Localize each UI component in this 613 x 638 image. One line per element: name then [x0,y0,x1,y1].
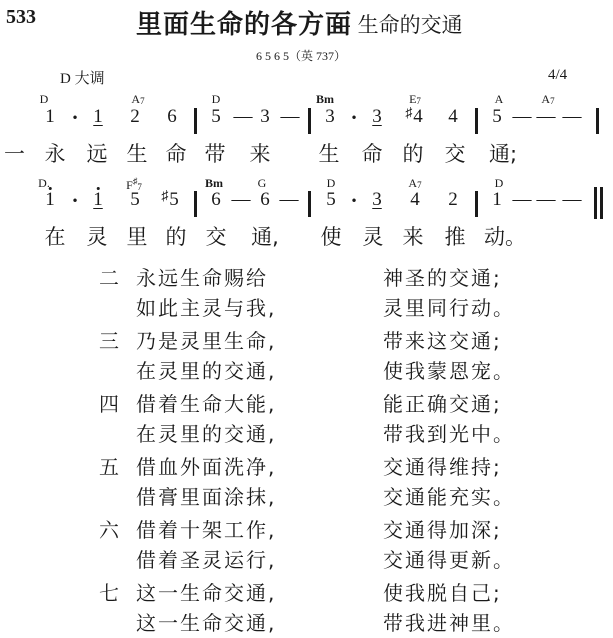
hymn-title: 里面生命的各方面 [136,4,352,41]
double-bar-line [600,187,603,219]
verse-line-first-half: 借着十架工作, [136,514,276,543]
bar-line [596,108,599,134]
verse-line-second-half: 灵里同行动。 [383,292,515,321]
verse-number: 六 [99,514,119,543]
lyric-char: 来 [250,138,271,168]
sustain-dash: — [513,189,532,211]
lyric-char: 推 [445,221,466,251]
dotted-rhythm: • [350,111,357,125]
bar-line [194,108,197,134]
note: 5 [211,106,221,128]
bar-line [475,108,478,134]
sustain-dash: — [281,106,300,128]
bar-line [194,191,197,217]
hymn-number: 533 [6,6,36,29]
verse-line-first-half: 这一生命交通, [136,577,276,606]
verse-number: 三 [99,325,119,354]
note: 3 [260,106,270,128]
note: 6 [211,189,221,211]
verse-line-second-half: 使我蒙恩宠。 [383,355,515,384]
time-signature: 4/4 [548,67,567,84]
note: 3 [372,189,382,211]
verse-line-first-half: 借着圣灵运行, [136,544,276,573]
note: 1 [93,106,103,128]
verse-line-second-half: 带来这交通; [383,325,502,354]
verse-line-first-half: 乃是灵里生命, [136,325,276,354]
meter-info: 6 5 6 5（英 737） [256,47,346,64]
note: 4 [448,106,458,128]
double-bar-line [594,187,597,219]
lyric-char: 带 [205,138,226,168]
sustain-dash: — [234,106,253,128]
note: 1 [45,189,55,211]
lyric-char: 里 [127,221,148,251]
lyric-char: 交 [206,221,227,251]
dotted-rhythm: • [71,194,78,208]
sustain-dash: — [280,189,299,211]
lyric-char: 命 [362,138,383,168]
lyric-char: 通, [251,221,279,251]
lyric-char: 远 [87,138,108,168]
note: 3 [325,106,335,128]
note: 5 [492,106,502,128]
hymn-subtitle: — 生命的交通 [330,9,463,39]
chord-symbol: A7 [131,92,144,107]
chord-symbol: A [495,92,504,107]
note: 6 [167,106,177,128]
lyric-char: 交 [445,138,466,168]
sharp-icon: ♯ [161,189,168,204]
note: 4 [410,189,420,211]
bar-line [308,108,311,134]
chord-symbol: D [40,92,49,107]
note: 5 [326,189,336,211]
verse-line-first-half: 借血外面洗净, [136,451,276,480]
verse-line-second-half: 能正确交通; [383,388,502,417]
note: 3 [372,106,382,128]
note: 1 [492,189,502,211]
verse-number: 二 [99,262,119,291]
lyric-char: 动。 [484,221,526,251]
lyric-char: 的 [403,138,424,168]
sustain-dash: — [232,189,251,211]
sharp-icon: ♯ [405,106,412,121]
sustain-dash: — [563,106,582,128]
note: ♯4 [405,106,423,128]
sustain-dash: — [513,106,532,128]
verse-line-second-half: 使我脱自己; [383,577,502,606]
verse-line-second-half: 交通得更新。 [383,544,515,573]
verse-line-second-half: 带我到光中。 [383,418,515,447]
lyric-char: 永 [45,138,66,168]
lyric-char: 生 [319,138,340,168]
lyric-char: 的 [166,221,187,251]
verse-number: 四 [99,388,119,417]
lyric-char: 生 [127,138,148,168]
sustain-dash: — [537,189,556,211]
verse-line-second-half: 带我进神里。 [383,607,515,636]
chord-symbol: D [212,92,221,107]
verse-number: 七 [99,577,119,606]
chord-symbol: Bm [316,92,334,107]
verse-line-second-half: 交通能充实。 [383,481,515,510]
verse-line-first-half: 在灵里的交通, [136,355,276,384]
dotted-rhythm: • [71,111,78,125]
lyric-char: 在 [45,221,66,251]
verse-line-first-half: 在灵里的交通, [136,418,276,447]
lyric-char: 来 [403,221,424,251]
lyric-char: 使 [321,221,342,251]
bar-line [308,191,311,217]
verse-line-first-half: 借着生命大能, [136,388,276,417]
note: 5 [130,189,140,211]
verse-line-first-half: 永远生命赐给 [136,262,268,291]
chord-symbol: A7 [541,92,554,107]
verse-line-first-half: 借膏里面涂抹, [136,481,276,510]
key-signature: D 大调 [60,67,105,88]
chord-symbol: E7 [409,92,421,107]
bar-line [475,191,478,217]
lyric-char: 一 [4,138,25,168]
verse-line-first-half: 如此主灵与我, [136,292,276,321]
verse-line-first-half: 这一生命交通, [136,607,276,636]
verse-line-second-half: 交通得加深; [383,514,502,543]
note: 2 [130,106,140,128]
verse-line-second-half: 神圣的交通; [383,262,502,291]
lyric-char: 灵 [363,221,384,251]
lyric-char: 命 [166,138,187,168]
lyric-char: 通; [489,138,517,168]
note: 1 [93,189,103,211]
note: 1 [45,106,55,128]
note: 6 [260,189,270,211]
sustain-dash: — [563,189,582,211]
dotted-rhythm: • [350,194,357,208]
lyric-char: 灵 [87,221,108,251]
verse-number: 五 [99,451,119,480]
sustain-dash: — [537,106,556,128]
note: 2 [448,189,458,211]
note: ♯5 [161,189,179,211]
verse-line-second-half: 交通得维持; [383,451,502,480]
